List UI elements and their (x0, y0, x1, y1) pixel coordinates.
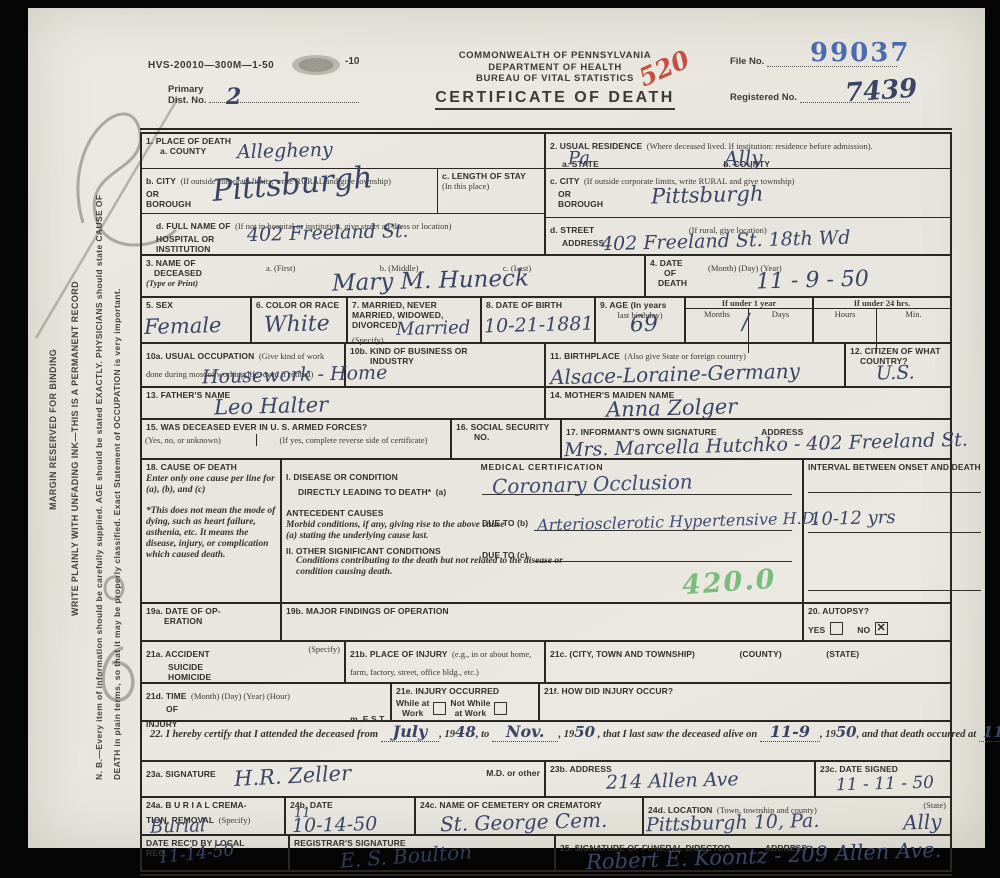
autopsy-yes-checkbox (830, 622, 843, 635)
row-operation-autopsy: 19a. DATE OF OP- ERATION 19b. MAJOR FIND… (142, 604, 950, 642)
father-value: Leo Halter (214, 393, 329, 420)
injury-occurred-label: 21e. INJURY OCCURRED (396, 686, 534, 696)
birthplace-value: Alsace-Loraine-Germany (550, 359, 800, 390)
seal-icon (290, 52, 342, 78)
citizen-label: 12. CITIZEN OF WHAT (850, 346, 946, 356)
place-of-injury-label: 21b. PLACE OF INJURY (350, 649, 448, 659)
row-accident: 21a. ACCIDENT (Specify) SUICIDE HOMICIDE… (142, 642, 950, 684)
hospital-label: d. FULL NAME OF (156, 221, 231, 231)
cemetery-value: St. George Cem. (440, 808, 608, 836)
section-20-autopsy: 20. AUTOPSY? YES NO ✕ (804, 604, 950, 640)
business-label2: INDUSTRY (370, 356, 540, 366)
while-at-work-checkbox (433, 702, 446, 715)
file-no-field: File No. 99037 (730, 56, 897, 67)
name-label: 3. NAME OF (146, 258, 236, 268)
time-of-injury-label2: OF (166, 704, 386, 714)
certify-text-7: , and that death occurred at (857, 729, 977, 740)
section-6-color-race: 6. COLOR OR RACE White (252, 298, 348, 342)
not-while-at-work-label: Not While (450, 698, 490, 708)
dist-no-value: 2 (226, 86, 241, 108)
sex-value: Female (144, 313, 222, 339)
homicide-label: HOMICIDE (168, 672, 340, 682)
row-name-dod: 3. NAME OF DECEASED (Type or Print) a. (… (142, 256, 950, 298)
autopsy-label: 20. AUTOPSY? (808, 606, 946, 616)
first-label: a. (First) (266, 263, 295, 273)
age-label: 9. AGE (In years (600, 300, 680, 310)
ssn-label2: NO. (474, 432, 556, 442)
last-seen-date: 11-9 (760, 722, 820, 742)
file-no-value: 99037 (810, 38, 910, 68)
burial-date-value: 10-14-50 (292, 813, 378, 837)
certificate-title: CERTIFICATE OF DEATH (435, 89, 675, 110)
certificate-header: HVS-20010—300M—1-50 -10 Primary Dist. No… (140, 48, 948, 130)
due-to-c-label: DUE TO (c) (482, 550, 528, 560)
margin-binding-text: MARGIN RESERVED FOR BINDING (48, 260, 58, 510)
date-signed-value: 11 - 11 - 50 (836, 773, 934, 796)
md-or-other-label: M.D. or other (486, 768, 540, 778)
certify-text-1: 22. I hereby certify that I attended the… (150, 729, 378, 740)
section-24b-burial-date: 24b. DATE 11 10-14-50 (286, 798, 416, 834)
section-21c-injury-location: 21c. (CITY, TOWN AND TOWNSHIP) (COUNTY) … (546, 642, 950, 682)
age-slash-mark: / (742, 310, 750, 335)
cause-note2: *This does not mean the mode of dying, s… (146, 506, 276, 561)
certify-text-2: , 19 (439, 729, 455, 740)
hospital-value: 402 Freeland St. (247, 220, 409, 246)
section-25-funeral-director: 25. SIGNATURE OF FUNERAL DIRECTOR ADDRES… (556, 836, 950, 870)
age-under-1-year: If under 1 year Months Days / (686, 298, 814, 342)
row-demographics: 5. SEX Female 6. COLOR OR RACE White 7. … (142, 298, 950, 344)
photo-background: MARGIN RESERVED FOR BINDING WRITE PLAINL… (0, 0, 1000, 878)
under-24-label: If under 24 hrs. (814, 298, 950, 309)
attended-to-year: 50 (574, 723, 595, 741)
registered-no-field: Registered No. 7439 (730, 92, 910, 103)
while-at-work-label2: Work (402, 708, 424, 718)
operation-date-label: 19a. DATE OF OP- (146, 606, 276, 616)
cause-of-death-label: 18. CAUSE OF DEATH (146, 462, 276, 472)
street-value: 402 Freeland St. 18th Wd (601, 227, 851, 256)
while-at-work-label: While at (396, 698, 429, 708)
section-2-usual-residence: 2. USUAL RESIDENCE (Where deceased lived… (546, 134, 950, 254)
age-value: 69 (630, 312, 659, 338)
other-conditions-label: II. OTHER SIGNIFICANT CONDITIONS (286, 546, 798, 556)
length-of-stay-hint: (In this place) (442, 181, 540, 191)
section-7-marital-status: 7. MARRIED, NEVER MARRIED, WIDOWED, DIVO… (348, 298, 482, 342)
section-24c-cemetery: 24c. NAME OF CEMETERY OR CREMATORY St. G… (416, 798, 644, 834)
place-of-death-label: 1. PLACE OF DEATH (146, 136, 540, 146)
sex-label: 5. SEX (146, 300, 246, 310)
section-16-ssn: 16. SOCIAL SECURITY NO. (452, 420, 562, 458)
interval-line1 (808, 492, 981, 493)
margin-permanent-text: WRITE PLAINLY WITH UNFADING INK—THIS IS … (70, 176, 80, 616)
city-borough-field: b. CITY (If outside corporate limits, wr… (142, 169, 438, 213)
birthplace-hint: (Also give State or foreign country) (624, 351, 746, 361)
length-of-stay-field: c. LENGTH OF STAY (In this place) (438, 169, 544, 213)
dist-no-label: Dist. No. (168, 95, 207, 106)
row-forces-informant: 15. WAS DECEASED EVER IN U. S. ARMED FOR… (142, 420, 950, 460)
disease-label2: DIRECTLY LEADING TO DEATH* (298, 487, 431, 497)
section-24d-location: 24d. LOCATION (Town, township and county… (644, 798, 950, 834)
city-label: b. CITY (146, 176, 176, 186)
section-1-place-of-death: 1. PLACE OF DEATH a. COUNTY Allegheny b.… (142, 134, 546, 254)
res-city-value: Pittsburgh (651, 182, 764, 209)
findings-label: 19b. MAJOR FINDINGS OF OPERATION (286, 606, 798, 616)
autopsy-no-label: NO (857, 625, 870, 635)
section-14-mother: 14. MOTHER'S MAIDEN NAME Anna Zolger (546, 388, 950, 418)
autopsy-no-checkbox: ✕ (875, 622, 888, 635)
row-occupation-birthplace: 10a. USUAL OCCUPATION (Give kind of work… (142, 344, 950, 388)
row-certify-statement: 22. I hereby certify that I attended the… (142, 722, 950, 762)
cause-c-line (534, 561, 792, 562)
how-injury-label: 21f. HOW DID INJURY OCCUR? (544, 686, 946, 696)
injury-city-label: 21c. (CITY, TOWN AND TOWNSHIP) (550, 649, 695, 659)
interval-line2 (808, 532, 981, 533)
ssn-label: 16. SOCIAL SECURITY (456, 422, 556, 432)
dod-label3: DEATH (658, 278, 708, 288)
occupation-label: 10a. USUAL OCCUPATION (146, 351, 254, 361)
burial-state-value: Ally (903, 809, 942, 834)
usual-residence-label: 2. USUAL RESIDENCE (550, 141, 642, 151)
burial-state-label: (State) (923, 800, 946, 810)
section-23c-date-signed: 23c. DATE SIGNED 11 - 11 - 50 (816, 762, 950, 796)
res-city-label: c. CITY (550, 176, 580, 186)
section-21f-how-injury: 21f. HOW DID INJURY OCCUR? (540, 684, 950, 720)
father-label: 13. FATHER'S NAME (146, 390, 540, 400)
armed-forces-hint2: (If yes, complete reverse side of certif… (257, 434, 450, 446)
section-21e-injury-occurred: 21e. INJURY OCCURRED While atWork Not Wh… (392, 684, 540, 720)
section-13-father: 13. FATHER'S NAME Leo Halter (142, 388, 546, 418)
business-label: 10b. KIND OF BUSINESS OR (350, 346, 540, 356)
burial-location-value: Pittsburgh 10, Pa. (646, 810, 820, 837)
certify-text-3: , to (476, 729, 489, 740)
accident-label: 21a. ACCIDENT (146, 649, 210, 659)
cause-a-prefix: (a) (436, 487, 447, 497)
injury-state-label: (STATE) (826, 649, 859, 659)
certify-text-5b: alive on (723, 729, 757, 740)
seal-suffix: -10 (345, 56, 359, 67)
street-label: d. STREET (550, 225, 594, 235)
armed-forces-label: 15. WAS DECEASED EVER IN U. S. ARMED FOR… (142, 420, 450, 434)
cause-note1: Enter only one cause per line for (a), (… (146, 474, 276, 496)
form-code: HVS-20010—300M—1-50 (148, 60, 274, 71)
suicide-label: SUICIDE (168, 662, 340, 672)
section-12-citizen: 12. CITIZEN OF WHAT COUNTRY? U.S. (846, 344, 950, 386)
under-1-year-label: If under 1 year (686, 298, 812, 309)
row-injury-time: 21d. TIME (Month) (Day) (Year) (Hour) OF… (142, 684, 950, 722)
attended-from-value: July (381, 722, 440, 742)
section-19a-operation-date: 19a. DATE OF OP- ERATION (142, 604, 282, 640)
mother-value: Anna Zolger (606, 394, 738, 421)
registered-no-label: Registered No. (730, 92, 797, 103)
row-burial: 24a. B U R I A L CREMA- TION, REMOVAL (S… (142, 798, 950, 836)
cause-code-annotation: 420.0 (681, 566, 777, 600)
certify-text-6: , 19 (820, 729, 836, 740)
certify-text-5: , that I last saw the deceased (598, 729, 721, 740)
res-county-value: Ally (724, 145, 763, 170)
time-of-injury-label: 21d. TIME (146, 691, 187, 701)
county-value: Allegheny (237, 139, 333, 163)
not-while-at-work-checkbox (494, 702, 507, 715)
physician-address-value: 214 Allen Ave (606, 768, 739, 793)
interval-column: INTERVAL BETWEEN ONSET AND DEATH 10-12 y… (804, 460, 985, 602)
county-label: a. COUNTY (160, 146, 540, 156)
dod-value: 11 - 9 - 50 (756, 267, 869, 295)
state-value: Pa (568, 148, 591, 170)
row-physician-signature: 23a. SIGNATURE M.D. or other H.R. Zeller… (142, 762, 950, 798)
section-21b-place-of-injury: 21b. PLACE OF INJURY (e.g., in or about … (346, 642, 546, 682)
race-value: White (264, 311, 330, 338)
time-of-injury-cols: (Month) (Day) (Year) (Hour) (191, 691, 290, 701)
age-under-24-hrs: If under 24 hrs. Hours Min. (814, 298, 950, 342)
burial-value: Burial (150, 815, 206, 837)
citizen-value: U.S. (876, 361, 915, 384)
margin-nb-text-line1: N. B.—Every item of information should b… (94, 50, 104, 780)
file-no-label: File No. (730, 56, 764, 67)
section-21a-accident: 21a. ACCIDENT (Specify) SUICIDE HOMICIDE (142, 642, 346, 682)
death-certificate-form: 1. PLACE OF DEATH a. COUNTY Allegheny b.… (140, 132, 952, 872)
interval-value: 10-12 yrs (810, 507, 896, 530)
section-19b-findings: 19b. MAJOR FINDINGS OF OPERATION (282, 604, 804, 640)
medical-certification: MEDICAL CERTIFICATION I. DISEASE OR COND… (282, 460, 804, 602)
row-registrar-funeral: DATE REC'D BY LOCAL REG. 11-14-50 REGIST… (142, 836, 950, 870)
due-to-b-label: DUE TO (b) (482, 518, 528, 528)
marital-value: Married (396, 317, 471, 340)
interval-label: INTERVAL BETWEEN ONSET AND DEATH (808, 462, 981, 472)
injury-county-label: (COUNTY) (739, 649, 781, 659)
hospital-label3: INSTITUTION (156, 244, 540, 254)
section-15-armed-forces: 15. WAS DECEASED EVER IN U. S. ARMED FOR… (142, 420, 452, 458)
morbid-hint: Morbid conditions, if any, giving rise t… (286, 520, 506, 542)
section-22-certification: 22. I hereby certify that I attended the… (142, 722, 1000, 760)
section-17-informant: 17. INFORMANT'S OWN SIGNATURE ADDRESS Mr… (562, 420, 950, 458)
section-9-age: 9. AGE (In years last birthday) 69 (596, 298, 686, 342)
name-label2: DECEASED (154, 268, 236, 278)
name-label3: (Type or Print) (146, 278, 236, 289)
section-21d-time-of-injury: 21d. TIME (Month) (Day) (Year) (Hour) OF… (142, 684, 392, 720)
row-parents: 13. FATHER'S NAME Leo Halter 14. MOTHER'… (142, 388, 950, 420)
attended-from-year: 48 (455, 723, 476, 741)
primary-district-field: Primary Dist. No. 2 (168, 84, 359, 106)
row-place-residence: 1. PLACE OF DEATH a. COUNTY Allegheny b.… (142, 134, 950, 256)
section-23b-address: 23b. ADDRESS 214 Allen Ave (546, 762, 816, 796)
certificate-paper: MARGIN RESERVED FOR BINDING WRITE PLAINL… (28, 8, 985, 848)
burial-specify: (Specify) (219, 815, 251, 825)
signature-label: 23a. SIGNATURE (146, 769, 216, 779)
operation-date-label2: ERATION (164, 616, 276, 626)
race-label: 6. COLOR OR RACE (256, 300, 342, 310)
medical-certification-label: MEDICAL CERTIFICATION (286, 462, 798, 472)
birthplace-label: 11. BIRTHPLACE (550, 351, 620, 361)
section-5-sex: 5. SEX Female (142, 298, 252, 342)
last-seen-year: 50 (836, 723, 857, 741)
interval-line3 (808, 590, 981, 591)
other-conditions-hint: Conditions contributing to the death but… (296, 556, 596, 578)
section-11-birthplace: 11. BIRTHPLACE (Also give State or forei… (546, 344, 846, 386)
cause-of-death-instructions: 18. CAUSE OF DEATH Enter only one cause … (142, 460, 282, 602)
not-while-at-work-label2: at Work (455, 708, 487, 718)
section-8-date-of-birth: 8. DATE OF BIRTH 10-21-1881 (482, 298, 596, 342)
date-received-field: DATE REC'D BY LOCAL REG. 11-14-50 (142, 836, 290, 870)
deceased-name-value: Mary M. Huneck (332, 265, 529, 296)
dod-label: 4. DATE (650, 258, 708, 268)
margin-nb-text-line2: DEATH in plain terms, so that it may be … (112, 50, 122, 780)
length-of-stay-label: c. LENGTH OF STAY (442, 171, 540, 181)
registered-no-value: 7439 (844, 76, 918, 107)
registrar-signature-field: REGISTRAR'S SIGNATURE E. S. Boulton (290, 836, 556, 870)
dod-label2: OF (664, 268, 708, 278)
armed-forces-hint1: (Yes, no, or unknown) (142, 434, 257, 446)
certify-text-4: , 19 (558, 729, 574, 740)
dob-label: 8. DATE OF BIRTH (486, 300, 590, 310)
primary-label: Primary (168, 84, 203, 95)
burial-label: 24a. B U R I A L CREMA- (146, 800, 280, 810)
attended-to-value: Nov. (492, 722, 559, 742)
section-4-date-of-death: 4. DATE OF DEATH (Month) (Day) (Year) 11… (646, 256, 950, 296)
physician-signature-value: H.R. Zeller (233, 761, 351, 791)
autopsy-yes-label: YES (808, 625, 825, 635)
accident-specify: (Specify) (308, 644, 340, 654)
section-23a-signature: 23a. SIGNATURE M.D. or other H.R. Zeller (142, 762, 546, 796)
section-3-name-of-deceased: 3. NAME OF DECEASED (Type or Print) a. (… (142, 256, 646, 296)
section-10a-occupation: 10a. USUAL OCCUPATION (Give kind of work… (142, 344, 346, 386)
section-24a-burial: 24a. B U R I A L CREMA- TION, REMOVAL (S… (142, 798, 286, 834)
row-cause-of-death: 18. CAUSE OF DEATH Enter only one cause … (142, 460, 950, 604)
dob-value: 10-21-1881 (484, 313, 594, 338)
death-time-value: 11:30 p (979, 723, 1000, 742)
